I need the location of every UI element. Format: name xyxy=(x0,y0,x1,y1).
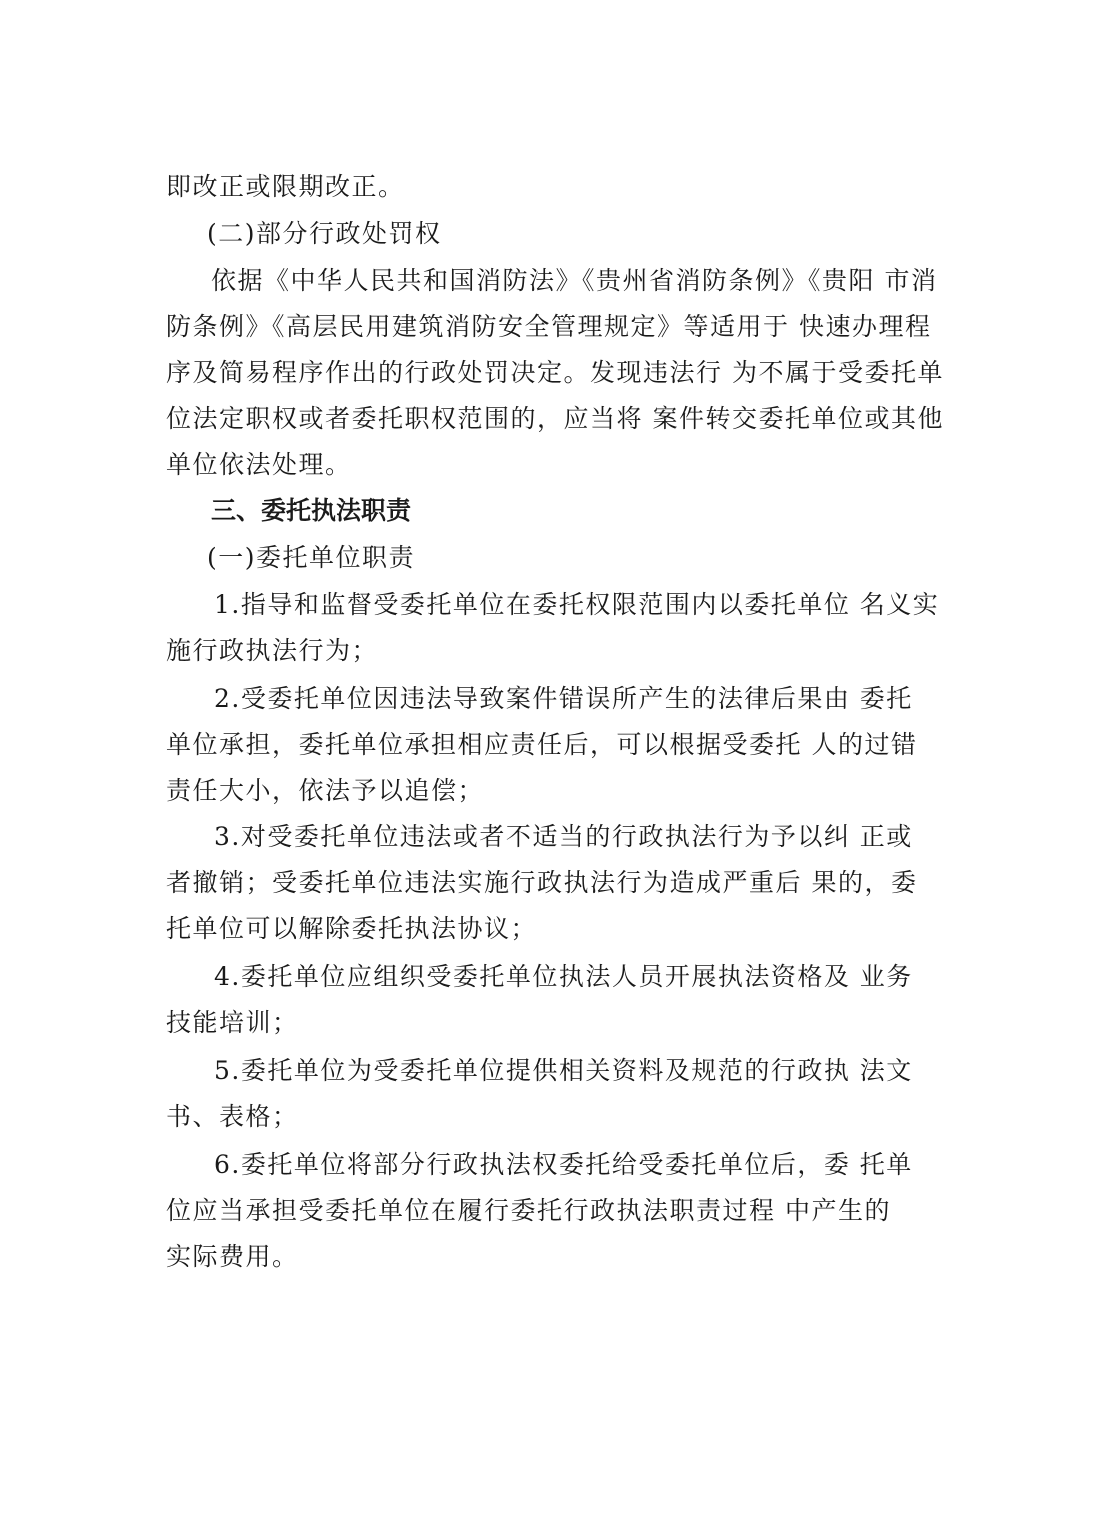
paragraph-line: 1.指导和监督受委托单位在委托权限范围内以委托单位 名义实 xyxy=(214,590,939,620)
paragraph-line: 位应当承担受委托单位在履行委托行政执法职责过程 中产生的 xyxy=(166,1196,891,1226)
paragraph-line: 位法定职权或者委托职权范围的，应当将 案件转交委托单位或其他 xyxy=(166,404,944,434)
paragraph-line: 序及简易程序作出的行政处罚决定。发现违法行 为不属于受委托单 xyxy=(166,358,944,388)
paragraph-line: 单位依法处理。 xyxy=(166,450,352,480)
paragraph-line: 者撤销；受委托单位违法实施行政执法行为造成严重后 果的，委 xyxy=(166,868,917,898)
document-page: 即改正或限期改正。(二)部分行政处罚权依据《中华人民共和国消防法》《贵州省消防条… xyxy=(0,0,1098,1535)
paragraph-line: 3.对受委托单位违法或者不适当的行政执法行为予以纠 正或 xyxy=(214,822,913,852)
subsection-heading: (二)部分行政处罚权 xyxy=(207,219,442,249)
paragraph-line: 即改正或限期改正。 xyxy=(166,172,405,202)
subsection-heading: (一)委托单位职责 xyxy=(207,543,415,573)
paragraph-line: 6.委托单位将部分行政执法权委托给受委托单位后，委 托单 xyxy=(214,1150,913,1180)
paragraph-line: 4.委托单位应组织受委托单位执法人员开展执法资格及 业务 xyxy=(214,962,913,992)
paragraph-line: 托单位可以解除委托执法协议； xyxy=(166,914,537,944)
paragraph-line: 5.委托单位为受委托单位提供相关资料及规范的行政执 法文 xyxy=(214,1056,913,1086)
paragraph-line: 防条例》《高层民用建筑消防安全管理规定》等适用于 快速办理程 xyxy=(166,312,931,342)
paragraph-line: 实际费用。 xyxy=(166,1242,299,1272)
paragraph-line: 施行政执法行为； xyxy=(166,636,378,666)
paragraph-line: 技能培训； xyxy=(166,1008,299,1038)
paragraph-line: 书、表格； xyxy=(166,1102,299,1132)
paragraph-line: 依据《中华人民共和国消防法》《贵州省消防条例》《贵阳 市消 xyxy=(211,266,937,296)
paragraph-line: 2.受委托单位因违法导致案件错误所产生的法律后果由 委托 xyxy=(214,684,913,714)
paragraph-line: 责任大小，依法予以追偿； xyxy=(166,776,484,806)
section-heading: 三、委托执法职责 xyxy=(211,496,411,526)
paragraph-line: 单位承担，委托单位承担相应责任后，可以根据受委托 人的过错 xyxy=(166,730,917,760)
